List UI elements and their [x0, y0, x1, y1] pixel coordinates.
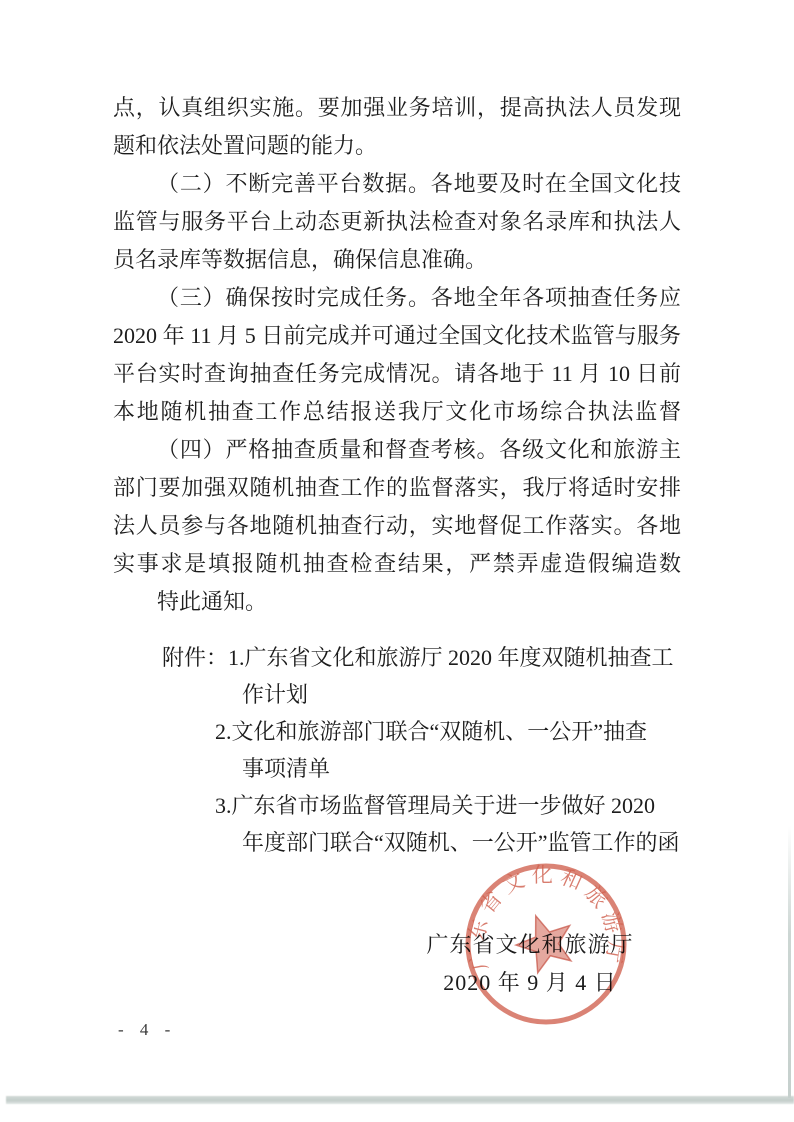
page-edge-shadow-bottom — [6, 1096, 794, 1104]
document-page: 点，认真组织实施。要加强业务培训，提高执法人员发现问 题和依法处置问题的能力。 … — [0, 0, 794, 1122]
attachment-line: 2.文化和旅游部门联合“双随机、一公开”抽查 — [162, 713, 682, 750]
body-line: 平台实时查询抽查任务完成情况。请各地于 11 月 10 日前将 — [113, 355, 681, 393]
attachment-line: 事项清单 — [162, 750, 682, 787]
official-seal: 广东省文化和旅游厅 — [460, 858, 632, 1030]
body-line: 员名录库等数据信息，确保信息准确。 — [113, 241, 681, 279]
attachment-line: 作计划 — [162, 676, 682, 713]
body-line: 实事求是填报随机抽查检查结果，严禁弄虚造假编造数据。 — [113, 545, 681, 583]
attachment-section: 附件：1.广东省文化和旅游厅 2020 年度双随机抽查工 作计划 2.文化和旅游… — [162, 639, 682, 861]
body-line: （二）不断完善平台数据。各地要及时在全国文化技术 — [113, 165, 681, 203]
body-line: 题和依法处置问题的能力。 — [113, 127, 681, 165]
body-line: 部门要加强双随机抽查工作的监督落实，我厅将适时安排执 — [113, 469, 681, 507]
body-line: 特此通知。 — [113, 583, 681, 621]
body-line: 2020 年 11 月 5 日前完成并可通过全国文化技术监管与服务 — [113, 317, 681, 355]
body-line: 法人员参与各地随机抽查行动，实地督促工作落实。各地要 — [113, 507, 681, 545]
body-line: 本地随机抽查工作总结报送我厅文化市场综合执法监督处。 — [113, 393, 681, 431]
body-line: 点，认真组织实施。要加强业务培训，提高执法人员发现问 — [113, 89, 681, 127]
body-line: （四）严格抽查质量和督查考核。各级文化和旅游主管 — [113, 431, 681, 469]
document-body: 点，认真组织实施。要加强业务培训，提高执法人员发现问 题和依法处置问题的能力。 … — [113, 89, 681, 621]
body-line: 监管与服务平台上动态更新执法检查对象名录库和执法人 — [113, 203, 681, 241]
attachment-line: 附件：1.广东省文化和旅游厅 2020 年度双随机抽查工 — [162, 639, 682, 676]
page-edge-shadow-right — [788, 826, 791, 1098]
attachment-line: 年度部门联合“双随机、一公开”监管工作的函 — [162, 824, 682, 861]
page-number: - 4 - — [118, 1020, 176, 1040]
attachment-line: 3.广东省市场监督管理局关于进一步做好 2020 — [162, 787, 682, 824]
body-line: （三）确保按时完成任务。各地全年各项抽查任务应于 — [113, 279, 681, 317]
star-icon — [509, 906, 581, 977]
